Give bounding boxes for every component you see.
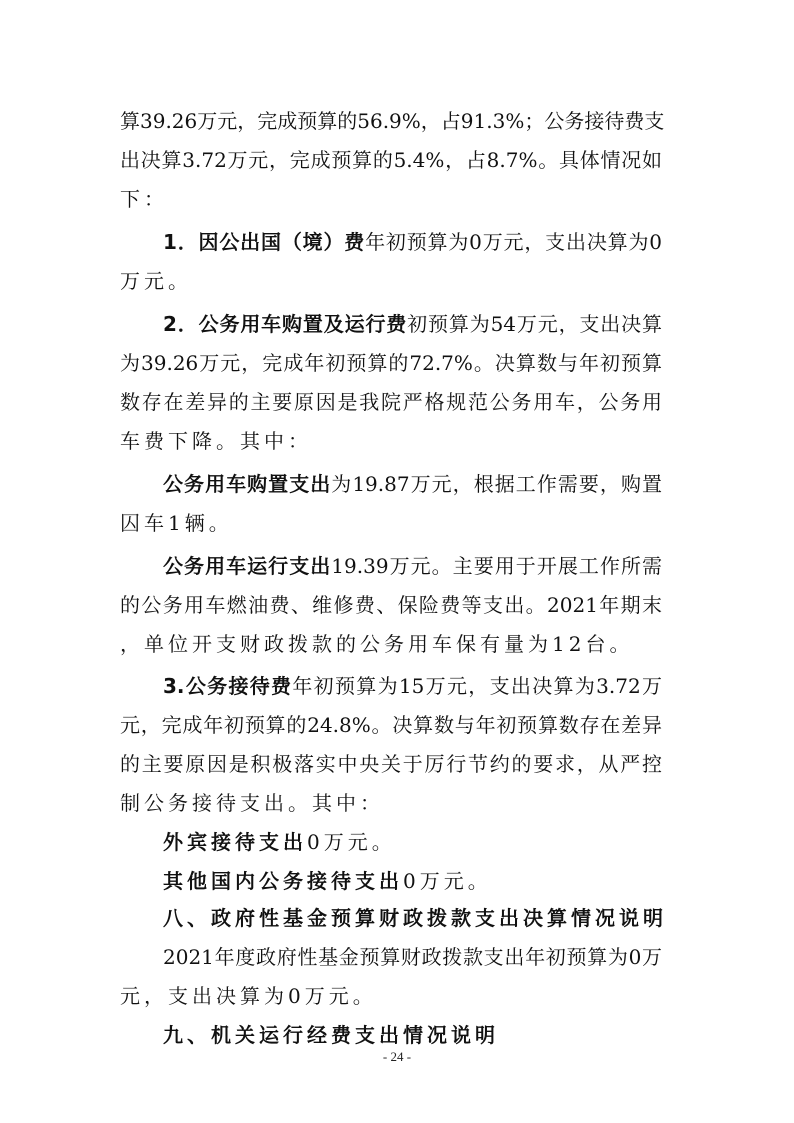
- body-line: 算39.26万元，完成预算的56.9%，占91.3%；公务接待费支: [120, 106, 662, 136]
- document-page: 算39.26万元，完成预算的56.9%，占91.3%；公务接待费支 出决算3.7…: [0, 0, 794, 1123]
- domestic-reception-line: 其他国内公务接待支出0万元。: [163, 866, 662, 896]
- body-line: 元，完成年初预算的24.8%。决算数与年初预算数存在差异: [120, 710, 662, 740]
- body-line: 的主要原因是积极落实中央关于厉行节约的要求，从严控: [120, 749, 662, 779]
- item-3-title: 3.公务接待费: [163, 674, 292, 698]
- body-line: 车费下降。其中：: [120, 426, 662, 456]
- item-3-line: 3.公务接待费年初预算为15万元，支出决算为3.72万: [163, 671, 662, 701]
- item-2-title: 2．公务用车购置及运行费: [163, 312, 407, 336]
- section-8-heading: 八、政府性基金预算财政拨款支出决算情况说明: [163, 903, 662, 933]
- body-line: 数存在差异的主要原因是我院严格规范公务用车，公务用: [120, 387, 662, 417]
- body-line: ，单位开支财政拨款的公务用车保有量为12台。: [120, 629, 662, 659]
- page-number: - 24 -: [0, 1049, 794, 1065]
- body-line: 囚车1辆。: [120, 508, 662, 538]
- section-9-heading: 九、机关运行经费支出情况说明: [163, 1020, 662, 1050]
- vehicle-purchase-line: 公务用车购置支出为19.87万元，根据工作需要，购置: [163, 469, 662, 499]
- body-line: 为39.26万元，完成年初预算的72.7%。决算数与年初预算: [120, 348, 662, 378]
- body-line: 制公务接待支出。其中：: [120, 788, 662, 818]
- item-2-line: 2．公务用车购置及运行费初预算为54万元，支出决算: [163, 309, 662, 339]
- vehicle-operation-title: 公务用车运行支出: [163, 554, 331, 578]
- foreign-reception-title: 外宾接待支出: [163, 830, 307, 854]
- body-line: 下：: [120, 184, 662, 214]
- item-1-line: 1．因公出国（境）费年初预算为0万元，支出决算为0: [163, 227, 662, 257]
- vehicle-purchase-title: 公务用车购置支出: [163, 472, 331, 496]
- body-line: 万元。: [120, 266, 662, 296]
- body-line: 的公务用车燃油费、维修费、保险费等支出。2021年期末: [120, 590, 662, 620]
- domestic-reception-title: 其他国内公务接待支出: [163, 869, 403, 893]
- body-line: 出决算3.72万元，完成预算的5.4%，占8.7%。具体情况如: [120, 145, 662, 175]
- body-line: 元，支出决算为0万元。: [120, 981, 662, 1011]
- item-1-title: 1．因公出国（境）费: [163, 230, 365, 254]
- foreign-reception-line: 外宾接待支出0万元。: [163, 827, 662, 857]
- vehicle-operation-line: 公务用车运行支出19.39万元。主要用于开展工作所需: [163, 551, 662, 581]
- body-line: 2021年度政府性基金预算财政拨款支出年初预算为0万: [163, 942, 662, 972]
